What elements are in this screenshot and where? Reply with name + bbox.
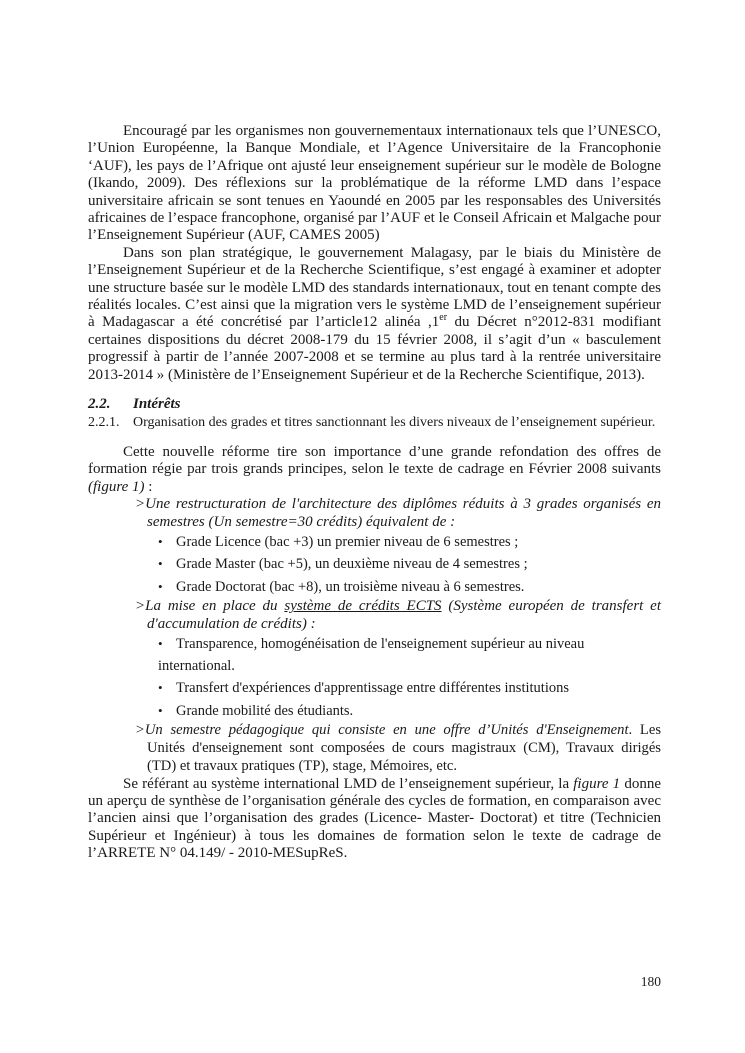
section-number: 2.2. bbox=[88, 396, 133, 413]
list-item-transparence: •Transparence, homogénéisation de l'ense… bbox=[158, 633, 661, 677]
section-heading-interets: 2.2.Intérêts bbox=[88, 396, 661, 413]
paragraph-4-text-a: Se référant au système international LMD… bbox=[123, 776, 573, 792]
paragraph-plan-strategique: Dans son plan stratégique, le gouverneme… bbox=[88, 245, 661, 384]
transparence-text: Transparence, homogénéisation de l'ensei… bbox=[158, 636, 584, 674]
transfert-text: Transfert d'expériences d'apprentissage … bbox=[176, 680, 569, 696]
bullet-icon: • bbox=[158, 553, 176, 575]
principle-2-underlined: système de crédits ECTS bbox=[284, 598, 441, 614]
page-number: 180 bbox=[88, 974, 661, 990]
bullet-icon: • bbox=[158, 633, 176, 655]
arrow-marker-icon: > bbox=[135, 598, 145, 614]
principle-semestre-pedagogique: >Un semestre pédagogique qui consiste en… bbox=[135, 722, 661, 775]
superscript-er: er bbox=[439, 312, 447, 323]
paragraph-reforme: Cette nouvelle réforme tire son importan… bbox=[88, 444, 661, 496]
bullet-icon: • bbox=[158, 531, 176, 553]
paragraph-3-text-b: : bbox=[145, 479, 153, 495]
grade-doctorat-text: Grade Doctorat (bac +8), un troisième ni… bbox=[176, 579, 524, 595]
grade-master-text: Grade Master (bac +5), un deuxième nivea… bbox=[176, 556, 528, 572]
paragraph-3-text-a: Cette nouvelle réforme tire son importan… bbox=[88, 444, 661, 477]
list-item-mobilite: •Grande mobilité des étudiants. bbox=[158, 700, 661, 723]
bullet-icon: • bbox=[158, 576, 176, 598]
list-item-transfert: •Transfert d'expériences d'apprentissage… bbox=[158, 677, 661, 700]
list-item-grade-licence: •Grade Licence (bac +3) un premier nivea… bbox=[158, 531, 661, 554]
paragraph-se-referant: Se référant au système international LMD… bbox=[88, 776, 661, 863]
principle-restructuration: >Une restructuration de l'architecture d… bbox=[135, 496, 661, 531]
list-item-grade-doctorat: •Grade Doctorat (bac +8), un troisième n… bbox=[158, 576, 661, 599]
section-title: Intérêts bbox=[133, 396, 181, 412]
arrow-marker-icon: > bbox=[135, 722, 145, 738]
page-content: Encouragé par les organismes non gouvern… bbox=[88, 123, 661, 863]
figure-1-reference: (figure 1) bbox=[88, 479, 145, 495]
list-item-grade-master: •Grade Master (bac +5), un deuxième nive… bbox=[158, 553, 661, 576]
paragraph-intro-unesco: Encouragé par les organismes non gouvern… bbox=[88, 123, 661, 245]
bullet-icon: • bbox=[158, 677, 176, 699]
subsection-number: 2.2.1. bbox=[88, 414, 133, 431]
subsection-title: Organisation des grades et titres sancti… bbox=[133, 415, 655, 430]
subsection-heading-organisation: 2.2.1.Organisation des grades et titres … bbox=[88, 414, 661, 431]
principle-3-italic-text: Un semestre pédagogique qui consiste en … bbox=[145, 722, 629, 738]
mobilite-text: Grande mobilité des étudiants. bbox=[176, 703, 353, 719]
arrow-marker-icon: > bbox=[135, 496, 145, 512]
document-page: Encouragé par les organismes non gouvern… bbox=[0, 0, 745, 1053]
figure-1-reference: figure 1 bbox=[573, 776, 620, 792]
principle-credits-ects: >La mise en place du système de crédits … bbox=[135, 598, 661, 633]
principle-1-text: Une restructuration de l'architecture de… bbox=[145, 496, 661, 529]
grade-licence-text: Grade Licence (bac +3) un premier niveau… bbox=[176, 534, 518, 550]
principle-2-text-before: La mise en place du bbox=[145, 598, 284, 614]
bullet-icon: • bbox=[158, 700, 176, 722]
